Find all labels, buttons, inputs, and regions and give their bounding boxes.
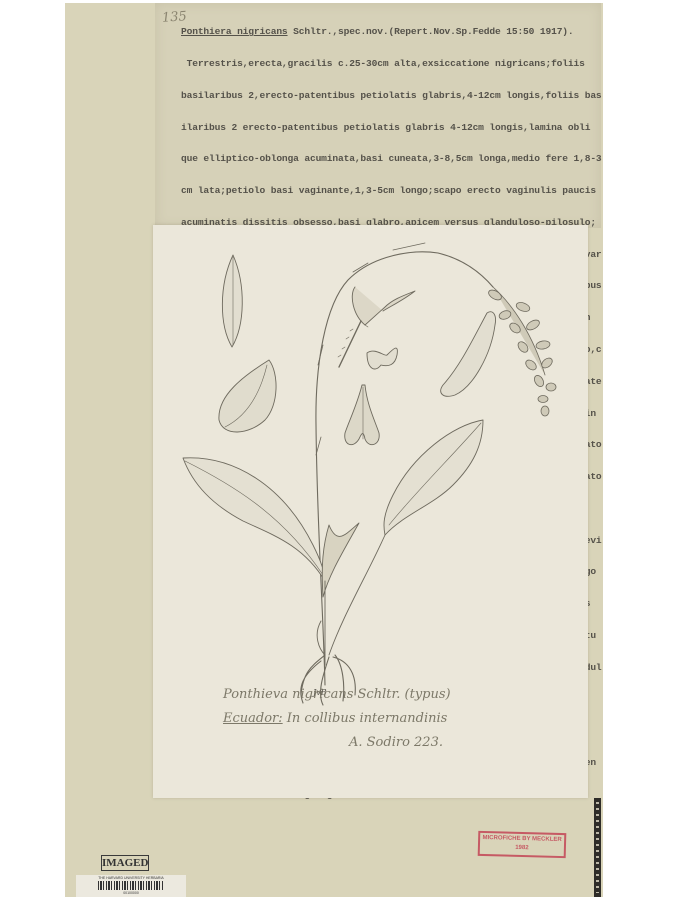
handwritten-collector: A. Sodiro 223.: [349, 735, 443, 750]
typed-line: basilaribus 2,erecto-patentibus petiolat…: [181, 91, 599, 102]
leaf-right: [384, 420, 483, 535]
leaf-center: [322, 523, 359, 597]
lip-detail: [367, 348, 397, 369]
typed-description-label: 135 Ponthiera nigricans Schltr.,spec.nov…: [155, 3, 601, 228]
barcode-icon: [98, 881, 164, 890]
barcode-label: THE HARVARD UNIVERSITY HERBARIA 00100000: [76, 875, 186, 897]
barcode-number: 00100000: [76, 891, 186, 895]
botanical-drawing: JvB Ponthieva nigricans Schltr. (typus) …: [153, 225, 588, 798]
sepal-detail: [222, 255, 242, 347]
typed-line: cm lata;petiolo basi vaginante,1,3-5cm l…: [181, 186, 599, 197]
microfiche-stamp: MICROFICHE BY MECKLER 1982: [478, 831, 567, 858]
imaged-stamp: IMAGED: [101, 855, 149, 871]
handwritten-locality: Ecuador: In collibus internandinis: [223, 711, 447, 726]
petal-detail-right: [441, 312, 496, 397]
labellum-detail: [345, 385, 379, 445]
handwritten-determination: Ponthieva nigricans Schltr. (typus): [223, 687, 451, 702]
barcode-institution: THE HARVARD UNIVERSITY HERBARIA: [78, 876, 184, 880]
typed-line: ilaribus 2 erecto-patentibus petiolatis …: [181, 123, 599, 134]
typed-line: Terrestris,erecta,gracilis c.25-30cm alt…: [181, 59, 599, 70]
typed-line: que elliptico-oblonga acuminata,basi cun…: [181, 154, 599, 165]
species-name: Ponthiera nigricans: [181, 26, 288, 37]
leaf-left: [183, 458, 325, 581]
typed-line-title: Ponthiera nigricans Schltr.,spec.nov.(Re…: [181, 27, 599, 38]
scale-bar: [594, 798, 601, 897]
petal-detail: [219, 360, 276, 432]
flower-raceme: [487, 287, 556, 416]
herbarium-sheet: 135 Ponthiera nigricans Schltr.,spec.nov…: [65, 3, 603, 897]
